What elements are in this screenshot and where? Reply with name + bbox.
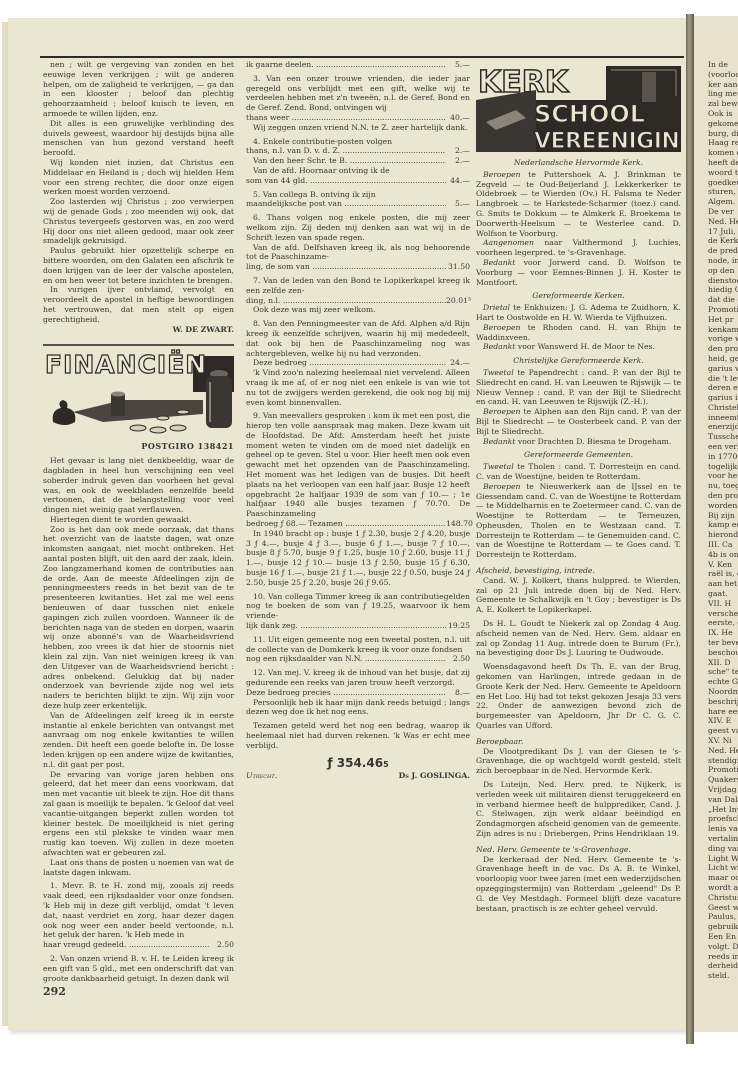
total-amount: ƒ 354.46	[327, 756, 383, 770]
news-item-lead: Drietal	[483, 303, 510, 312]
paragraph: 10. Van collega Timmer kreeg ik aan cont…	[246, 592, 470, 621]
text-fragment: Paulus,	[704, 912, 738, 922]
ledger-amount: 24.—	[446, 358, 470, 368]
ledger-amount: 2.50	[446, 654, 470, 664]
ledger-amount: 44.—	[446, 176, 470, 186]
postgiro-number: POSTGIRO 138421	[43, 442, 234, 452]
text-fragment: den prom	[704, 344, 738, 354]
ledger-text: bedroeg ƒ 68.— Tezamen	[246, 519, 446, 529]
text-fragment: stendiging	[704, 756, 738, 766]
section-heading: Beroepbaar.	[476, 737, 681, 747]
news-item-lead: Beroepen	[483, 407, 520, 416]
text-fragment: wordt aa	[704, 883, 738, 893]
column-1: nen ; wilt ge vergeving van zonden en he…	[43, 60, 234, 997]
ledger-text: ling, de som van	[246, 262, 446, 272]
text-fragment: goedkeur	[704, 178, 738, 188]
text-fragment: De ver	[704, 207, 738, 217]
text-fragment: Promotie	[704, 305, 738, 315]
paragraph: Laat ons thans de posten u noemen van wa…	[43, 858, 234, 878]
paragraph: Cand. W. J. Kolkert, thans hulppred. te …	[476, 576, 681, 615]
financien-banner: FINANCIËN	[43, 352, 234, 438]
news-item: Beroepen te Nieuwerkerk aan de IJssel en…	[476, 482, 681, 560]
text-fragment: In de	[704, 60, 738, 70]
signature-author: W. DE ZWART.	[173, 325, 234, 335]
text-fragment: een verha	[704, 442, 738, 452]
paragraph: 12. Van mej. V. kreeg ik de inhoud van h…	[246, 668, 470, 688]
news-item: Bedankt voor Drachten D. Biesma te Droge…	[476, 437, 681, 447]
news-item-lead: Bedankt	[483, 437, 515, 446]
section-heading: Nederlandsche Hervormde Kerk.	[476, 158, 681, 168]
text-fragment: hiedig Ge	[704, 285, 738, 295]
text-fragment: worden u	[704, 501, 738, 511]
paragraph: Dit alles is een gruwelijke verblinding …	[43, 119, 234, 158]
ledger-text: thans weer	[246, 113, 446, 123]
text-fragment: van Dalfs	[704, 795, 738, 805]
text-fragment: vertaling	[704, 834, 738, 844]
ledger-text: nog een rijksdaalder van N.N.	[246, 654, 446, 664]
text-fragment: voor het	[704, 471, 738, 481]
text-fragment: vorige w	[704, 334, 738, 344]
text-fragment: komen o	[704, 148, 738, 158]
ledger-line: som van 44 gld.44.—	[246, 176, 470, 186]
text-fragment: nu, toege	[704, 481, 738, 491]
article-continuation: nen ; wilt ge vergeving van zonden en he…	[43, 60, 234, 325]
paragraph: De ervaring van vorige jaren hebben ons …	[43, 770, 234, 858]
text-fragment: Het pr	[704, 315, 738, 325]
text-fragment: zal bewe	[704, 99, 738, 109]
text-fragment: Vrijdag	[704, 785, 738, 795]
text-fragment: de Kerk	[704, 236, 738, 246]
ledger-line: maandelijksche post van5.—	[246, 199, 470, 209]
paragraph: In 1940 bracht op : busje 1 ƒ 2.30, busj…	[246, 529, 470, 588]
ledger-item-1: 1. Mevr. B. te H. zond mij, zooals zij r…	[43, 881, 234, 940]
ledger-text: maandelijksche post van	[246, 199, 446, 209]
paragraph: Ds Luteijn, Ned. Herv. pred. te Nijkerk,…	[476, 780, 681, 839]
text-fragment: Licht wil	[704, 863, 738, 873]
svg-text:SCHOOL: SCHOOL	[534, 100, 645, 128]
text-fragment: gebruikt.	[704, 922, 738, 932]
text-fragment: 4b is ong	[704, 550, 738, 560]
text-fragment: kamp een	[704, 520, 738, 530]
text-fragment: in 1770	[704, 452, 738, 462]
text-fragment: XII. D	[704, 658, 738, 668]
paragraph: Van de Afdeelingen zelf kreeg ik in eers…	[43, 711, 234, 770]
section-heading: Ned. Herv. Gemeente te 's-Gravenhage.	[476, 845, 681, 855]
text-fragment: Quakers.	[704, 775, 738, 785]
paragraph: Persoonlijk heb ik haar mijn dank reeds …	[246, 698, 470, 718]
paragraph: Het gevaar is lang niet denkbeeldig, waa…	[43, 456, 234, 515]
signature-place: Utrecht.	[246, 771, 277, 781]
text-fragment: enerzijds	[704, 422, 738, 432]
text-fragment: Tusschen	[704, 432, 738, 442]
ledger-amount: 19.25	[446, 621, 470, 631]
ledger-amount: 31.50	[446, 262, 470, 272]
text-fragment: gekomen	[704, 119, 738, 129]
text-fragment: reeds in h	[704, 952, 738, 962]
paragraph: Van de afd. Delfshaven kreeg ik, als nog…	[246, 243, 470, 263]
text-fragment: lenis van	[704, 824, 738, 834]
text-fragment: Noordmar	[704, 687, 738, 697]
paragraph: Zoo is het dan ook mede oorzaak, dat tha…	[43, 525, 234, 711]
text-fragment: Een En	[704, 932, 738, 942]
news-item-lead: Beroepen	[483, 323, 520, 332]
adjacent-page-column: In de(voorlooker aangling metzal beweOok…	[704, 60, 738, 981]
text-fragment: hare eere	[704, 707, 738, 717]
ledger-amount: 8.—	[446, 688, 470, 698]
column-2: ik gaarne deelen.5.—3. Van een onzer tro…	[246, 60, 470, 781]
text-fragment: VII. H	[704, 599, 738, 609]
kerk-school-vereeniging-logo: KERK SCHOOL VEREENIGING	[476, 60, 681, 152]
ledger-line: ling, de som van31.50	[246, 262, 470, 272]
text-fragment: burg, die	[704, 129, 738, 139]
financien-title: FINANCIËN	[45, 360, 207, 370]
text-fragment: op den	[704, 266, 738, 276]
church-school-illustration-icon: KERK SCHOOL VEREENIGING	[476, 60, 681, 152]
text-fragment: derheid d	[704, 961, 738, 971]
text-fragment: den prom	[704, 491, 738, 501]
paragraph: Wij konden niet inzien, dat Christus een…	[43, 158, 234, 197]
top-rule	[40, 56, 684, 58]
paragraph: De Vlootpredikant Ds J. van der Giesen t…	[476, 747, 681, 776]
text-fragment: die 't leve	[704, 374, 738, 384]
paragraph: Tezamen geteld werd het nog een bedrag, …	[246, 721, 470, 750]
paragraph: Zoo lasterden wij Christus ; zoo verwier…	[43, 197, 234, 246]
text-fragment: Algem. S	[704, 197, 738, 207]
text-fragment: Promotie	[704, 765, 738, 775]
svg-text:VEREENIGING: VEREENIGING	[534, 129, 681, 152]
ledger-line: nog een rijksdaalder van N.N.2.50	[246, 654, 470, 664]
text-fragment: raël is, da	[704, 569, 738, 579]
ledger-line: Deze bedroeg24.—	[246, 358, 470, 368]
ledger-text: Van den heer Schr. te B.	[246, 156, 446, 166]
text-fragment: inneemt	[704, 413, 738, 423]
news-item-lead: Tweetal	[483, 462, 514, 471]
text-fragment: dienstoef	[704, 276, 738, 286]
text-fragment: beschrijft,	[704, 697, 738, 707]
ledger-amount: 40.—	[446, 113, 470, 123]
text-fragment: sturen, m	[704, 187, 738, 197]
ledger-amount: 2.—	[446, 146, 470, 156]
text-fragment: V. Ken	[704, 560, 738, 570]
text-fragment: dat die c	[704, 295, 738, 305]
ledger-amount: 2.—	[446, 156, 470, 166]
news-item: Beroepen te Rhoden cand. H. van Rhijn te…	[476, 323, 681, 343]
paragraph: 8. Van den Penningmeester van de Afd. Al…	[246, 319, 470, 358]
church-news: Nederlandsche Hervormde Kerk.Beroepen te…	[476, 158, 681, 913]
paragraph: Ook deze was mij zeer welkom.	[246, 305, 470, 315]
news-item: Bedankt voor Jorwerd cand. D. Wolfson te…	[476, 258, 681, 287]
news-item: Tweetal te Tholen : cand. T. Dorresteijn…	[476, 462, 681, 482]
text-fragment: aan het g	[704, 579, 738, 589]
text-fragment: steld.	[704, 971, 738, 981]
ledger-text: Deze bedroeg	[246, 358, 446, 368]
section-heading: Gereformeerde Gemeenten.	[476, 450, 681, 460]
signature: Utrecht. Ds J. GOSLINGA.	[246, 771, 470, 781]
text-fragment: Ned. Her	[704, 217, 738, 227]
signature: W. DE ZWART.	[43, 325, 234, 335]
paragraph: 'k Vind zoo'n nalezing heelemaal niet ve…	[246, 368, 470, 407]
ledger-text: ik gaarne deelen.	[246, 60, 446, 70]
text-fragment: Geest wor	[704, 903, 738, 913]
finance-ledger: ik gaarne deelen.5.—3. Van een onzer tro…	[246, 60, 470, 751]
ledger-text: Deze bedroeg precies	[246, 688, 446, 698]
text-fragment: IX. He	[704, 628, 738, 638]
text-fragment: heeft de	[704, 158, 738, 168]
text-fragment: geest van	[704, 726, 738, 736]
ledger-amount: 5.—	[446, 60, 470, 70]
column-3: KERK SCHOOL VEREENIGING Nederlandsche He…	[476, 60, 681, 913]
text-fragment: beschouw	[704, 648, 738, 658]
text-fragment: III. Ca	[704, 540, 738, 550]
ledger-text: ding, n.l.	[246, 296, 446, 306]
paragraph: 6. Thans volgen nog enkele posten, die m…	[246, 213, 470, 242]
paragraph: 4. Enkele contributie-posten volgen	[246, 137, 470, 147]
text-fragment: ling met	[704, 89, 738, 99]
ledger-text: haar vreugd gedeeld.	[43, 940, 210, 950]
text-fragment: hieronder	[704, 530, 738, 540]
paragraph: 9. Van meevallers gesproken : kom ik met…	[246, 411, 470, 519]
paragraph: 11. Uit eigen gemeente nog een tweetal p…	[246, 635, 470, 655]
svg-text:KERK: KERK	[478, 65, 570, 100]
news-item: Bedankt voor Wanswerd H. de Moor te Nes.	[476, 342, 681, 352]
news-item: Beroepen te Puttershoek A. J. Brinkman t…	[476, 170, 681, 239]
ledger-line: ik gaarne deelen.5.—	[246, 60, 470, 70]
section-heading: Christelijke Gereformeerde Kerk.	[476, 356, 681, 366]
text-fragment: garius in	[704, 393, 738, 403]
text-fragment: kenkamp,	[704, 325, 738, 335]
text-fragment: eerste, ee	[704, 618, 738, 628]
paragraph: Van de afd. Hoornaar ontving ik de	[246, 166, 470, 176]
text-fragment: Bij zijn	[704, 511, 738, 521]
text-fragment: XV. Ni	[704, 736, 738, 746]
text-fragment: 17 Juli,	[704, 227, 738, 237]
paragraph: Hiertegen dient te worden gewaakt.	[43, 515, 234, 525]
section-heading: Afscheid, bevestiging, intrede.	[476, 566, 681, 576]
total-fraction: 5	[383, 760, 389, 769]
news-item-lead: Aangenomen	[483, 238, 534, 247]
grand-total: ƒ 354.465	[246, 759, 470, 770]
paragraph: In vurigen ijver ontvlamd, vervolgt en v…	[43, 285, 234, 324]
paragraph: De kerkeraad der Ned. Herv. Gemeente te …	[476, 855, 681, 914]
text-fragment: Ned. Herv	[704, 746, 738, 756]
text-fragment: ker aang	[704, 80, 738, 90]
news-item: Beroepen te Alphen aan den Rijn cand. P.…	[476, 407, 681, 436]
news-item-lead: Bedankt	[483, 258, 515, 267]
ledger-item-2: 2. Van onzen vriend B. v. H. te Leiden k…	[43, 954, 234, 983]
paragraph: Wij zeggen onzen vriend N.N. te Z. zeer …	[246, 123, 470, 133]
text-fragment: togelijke	[704, 462, 738, 472]
ledger-line: lijk dank zeg.19.25	[246, 621, 470, 631]
text-fragment: ding van	[704, 844, 738, 854]
page-number: 292	[43, 987, 234, 997]
news-item-lead: Bedankt	[483, 342, 515, 351]
paragraph: nen ; wilt ge vergeving van zonden en he…	[43, 60, 234, 119]
text-fragment: volgt. De	[704, 942, 738, 952]
ledger-line: thans weer40.—	[246, 113, 470, 123]
ledger-amount: 148.70	[446, 519, 470, 529]
paragraph: 5. Van collega B. ontving ik zijn	[246, 190, 470, 200]
finance-report: Het gevaar is lang niet denkbeeldig, waa…	[43, 456, 234, 877]
paragraph: Woensdagavond heeft Ds Th. E. van der Br…	[476, 662, 681, 731]
text-fragment: proefschri	[704, 814, 738, 824]
news-item: Aangenomen naar Valthermond J. Luchies, …	[476, 238, 681, 258]
text-fragment: Ook is	[704, 109, 738, 119]
text-fragment: gaat.	[704, 589, 738, 599]
signature-author: Ds J. GOSLINGA.	[399, 771, 470, 781]
news-item: Drietal te Enkhuizen: J. G. Adema te Zui…	[476, 303, 681, 323]
text-fragment: XIV. E	[704, 716, 738, 726]
ledger-amount: 5.—	[446, 199, 470, 209]
ledger-text: thans, n.l. van D. v. d. Z.	[246, 146, 446, 156]
text-fragment: node, in	[704, 256, 738, 266]
ledger-line: Van den heer Schr. te B.2.—	[246, 156, 470, 166]
text-fragment: deren en	[704, 383, 738, 393]
text-fragment: sche" teg	[704, 667, 738, 677]
text-fragment: garius va	[704, 364, 738, 374]
ledger-text: som van 44 gld.	[246, 176, 446, 186]
ledger-amount: 20.01⁵	[446, 296, 470, 306]
text-fragment: „Het Inwa	[704, 805, 738, 815]
news-item: Tweetal te Papendrecht : cand. P. van de…	[476, 368, 681, 407]
paragraph: 7. Van de leden van den Bond te Lopikerk…	[246, 276, 470, 296]
paragraph: Paulus gebruikt hier opzettelijk scherpe…	[43, 246, 234, 285]
text-fragment: Light Wit	[704, 854, 738, 864]
ledger-line: haar vreugd gedeeld. 2.50	[43, 940, 234, 950]
text-fragment: echte Ge	[704, 677, 738, 687]
book-spine	[686, 14, 694, 1044]
text-fragment: maar ook	[704, 873, 738, 883]
text-fragment: verscheide	[704, 609, 738, 619]
news-item-lead: Beroepen	[483, 482, 520, 491]
text-fragment: de predik	[704, 246, 738, 256]
text-fragment: Christus	[704, 893, 738, 903]
ledger-text: lijk dank zeg.	[246, 621, 446, 631]
ledger-line: thans, n.l. van D. v. d. Z.2.—	[246, 146, 470, 156]
section-divider	[43, 344, 234, 346]
ledger-line: ding, n.l.20.01⁵	[246, 296, 470, 306]
paragraph: 3. Van een onzer trouwe vrienden, die ie…	[246, 74, 470, 113]
text-fragment: (voorloo	[704, 70, 738, 80]
paragraph: Ds H. L. Goudt te Niekerk zal op Zondag …	[476, 619, 681, 658]
text-fragment: heid, geti	[704, 354, 738, 364]
ledger-amount: 2.50	[210, 940, 234, 950]
ledger-line: bedroeg ƒ 68.— Tezamen148.70	[246, 519, 470, 529]
news-item-lead: Tweetal	[483, 368, 514, 377]
text-fragment: woord te	[704, 168, 738, 178]
ledger-line: Deze bedroeg precies8.—	[246, 688, 470, 698]
section-heading: Gereformeerde Kerken.	[476, 291, 681, 301]
news-item-lead: Beroepen	[483, 170, 520, 179]
text-fragment: ter bevest	[704, 638, 738, 648]
text-fragment: Christelijk	[704, 403, 738, 413]
text-fragment: Haag ree	[704, 138, 738, 148]
